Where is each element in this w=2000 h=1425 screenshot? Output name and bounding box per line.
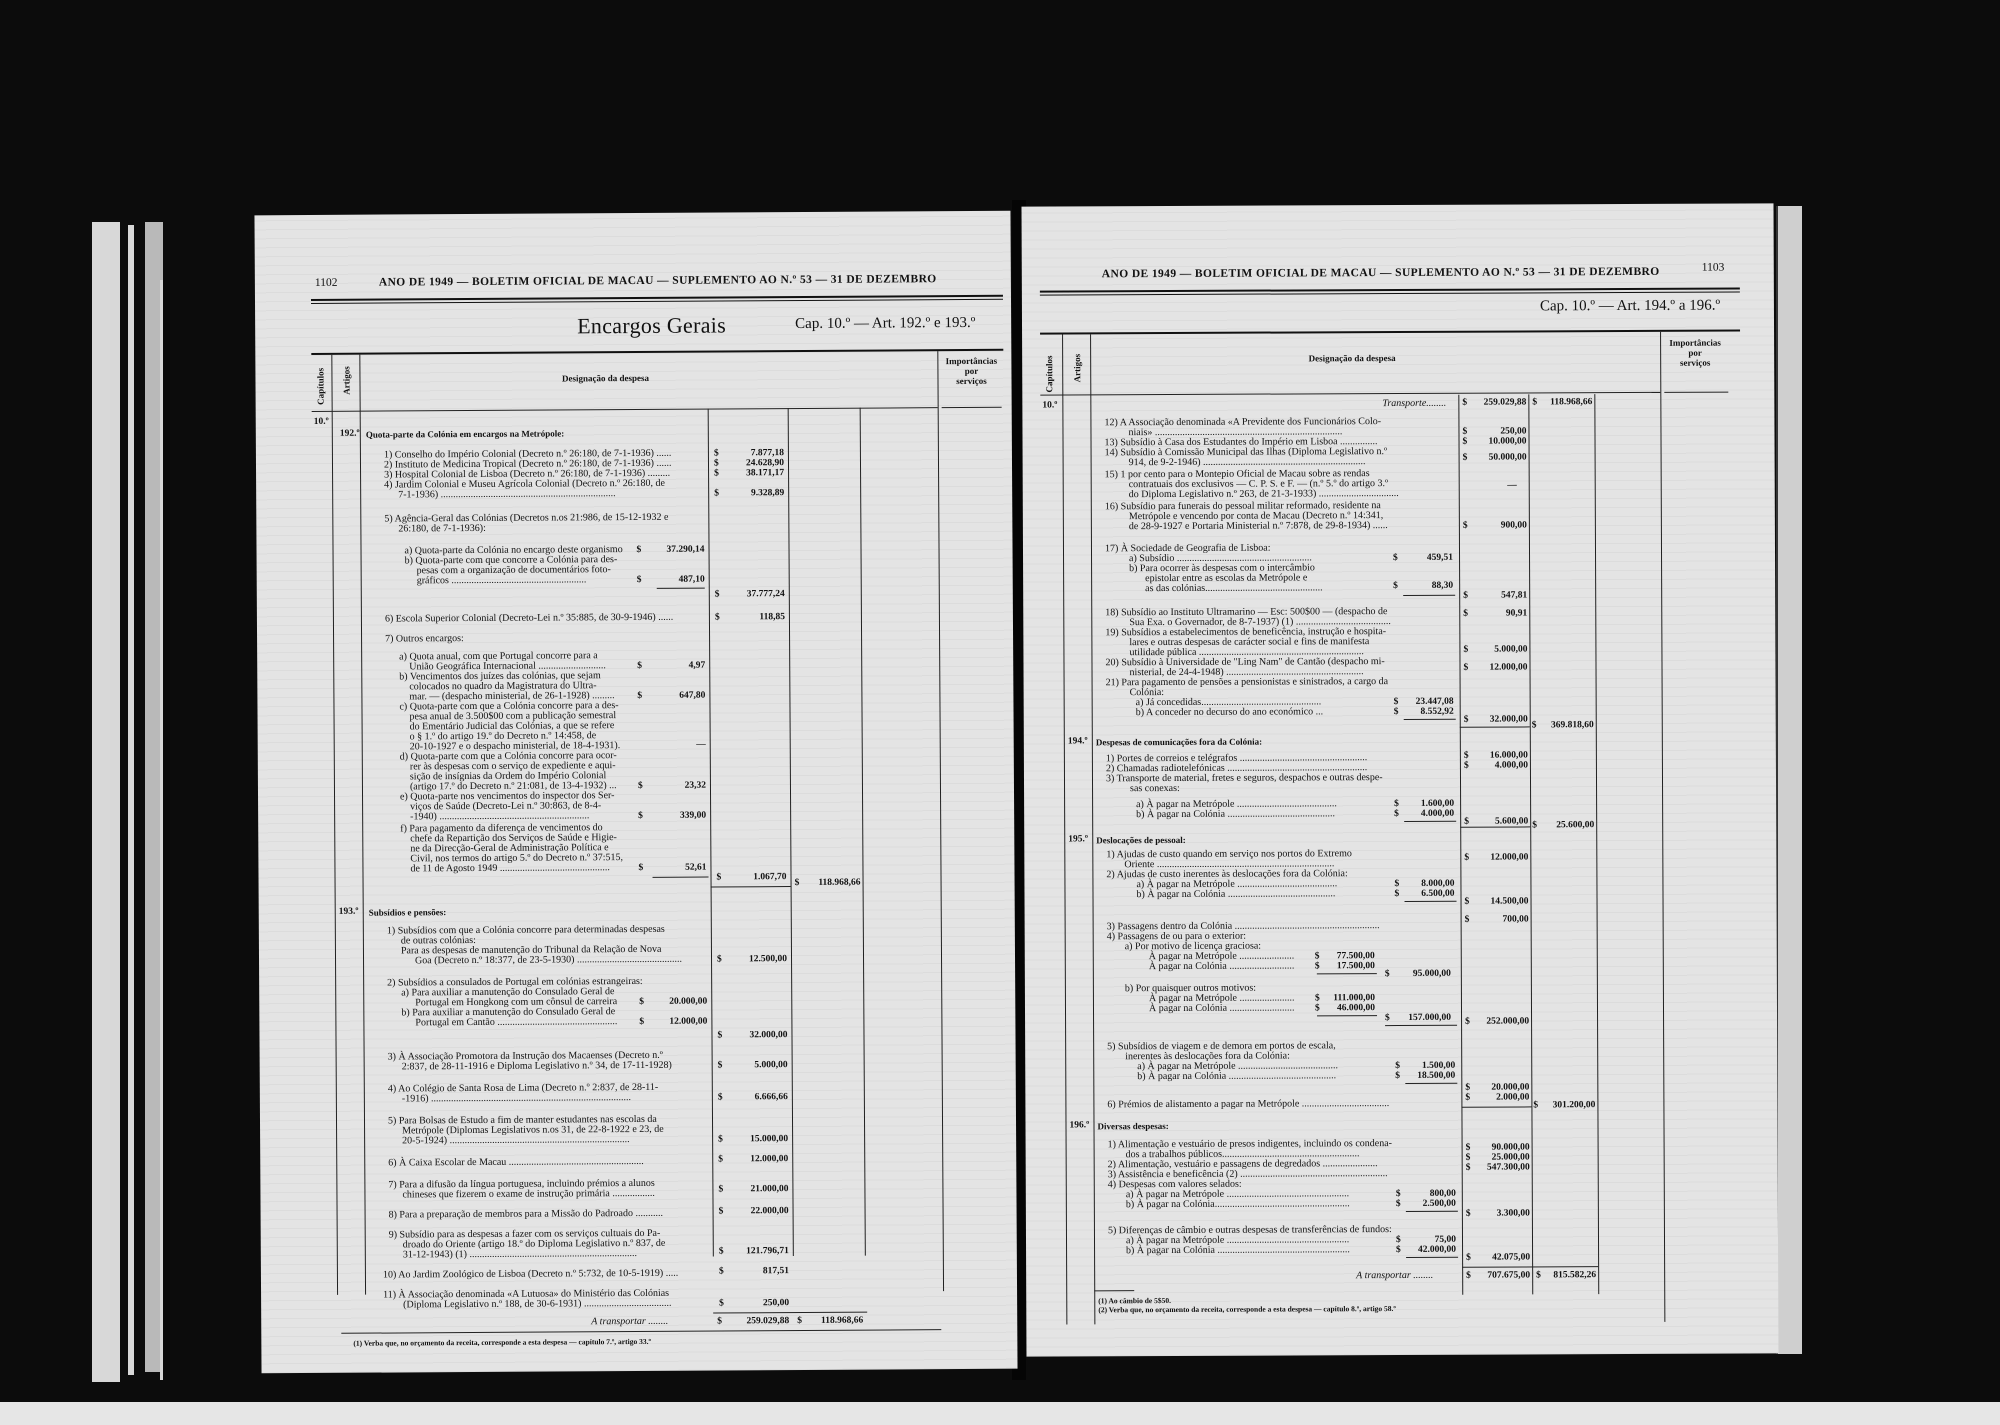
- amount: $22.000,00: [719, 1206, 789, 1216]
- sub-item: b) À pagar na Colónia...................…: [1126, 1199, 1350, 1210]
- amount: $1.600,00: [1394, 799, 1454, 809]
- sub-row: À pagar na Colónia .....................…: [1149, 1003, 1295, 1014]
- chapter-ref: Cap. 10.º — Art. 194.º a 196.º: [1540, 298, 1720, 316]
- carry-forward-amount: $815.582,26: [1536, 1270, 1596, 1280]
- footnote: (1) Ao câmbio de 5$50.: [1098, 1296, 1171, 1305]
- transport-amount: $259.029,88: [1462, 397, 1526, 407]
- amount: $18.500,00: [1395, 1071, 1455, 1081]
- col-capitulos: Capítulos: [315, 368, 325, 405]
- page-title: Encargos Gerais: [577, 312, 726, 339]
- amount: $8.000,00: [1394, 879, 1454, 889]
- amount: $20.000,00: [639, 997, 707, 1007]
- col-artigos: Artigos: [341, 366, 351, 395]
- amount: $77.500,00: [1315, 951, 1375, 961]
- amount: $647,80: [637, 691, 705, 701]
- article-heading: Diversas despesas:: [1097, 1121, 1168, 1131]
- amount: $487,10: [637, 575, 705, 585]
- running-head: ANO DE 1949 — BOLETIM OFICIAL DE MACAU —…: [1102, 266, 1660, 280]
- amount: $12.000,00: [1463, 662, 1527, 672]
- col-designacao: Designação da despesa: [505, 373, 705, 384]
- amount: $75,00: [1396, 1235, 1456, 1245]
- carry-forward-amount: $707.675,00: [1466, 1270, 1530, 1280]
- amount: $32.000,00: [717, 1030, 787, 1040]
- amount: $42.075,00: [1466, 1252, 1530, 1262]
- amount: $2.000,00: [1465, 1092, 1529, 1102]
- amount: $111.000,00: [1315, 993, 1375, 1003]
- chapter-number: 10.º: [314, 417, 329, 427]
- amount: $3.300,00: [1466, 1208, 1530, 1218]
- amount: $700,00: [1465, 914, 1529, 924]
- line-item: 6) À Caixa Escolar de Macau ............…: [388, 1157, 644, 1169]
- book-edge-strip-2: [128, 225, 134, 1375]
- amount: —: [1493, 480, 1517, 490]
- transport-amount: $118.968,66: [1532, 397, 1592, 407]
- left-page: 1102 ANO DE 1949 — BOLETIM OFICIAL DE MA…: [254, 211, 1017, 1374]
- sub-item: b) À pagar na Colónia ..................…: [1137, 1071, 1336, 1082]
- col-capitulos: Capítulos: [1044, 355, 1054, 392]
- amount: $37.777,24: [715, 589, 785, 599]
- amount: $12.000,00: [639, 1017, 707, 1027]
- scan-bottom-strip: [0, 1402, 2000, 1425]
- footnote: (1) Verba que, no orçamento da receita, …: [353, 1337, 651, 1348]
- col-importancias: Importânciasporserviços: [1662, 338, 1728, 368]
- amount: $1.500,00: [1395, 1061, 1455, 1071]
- amount: $52,61: [638, 863, 706, 873]
- amount: $90,91: [1463, 608, 1527, 618]
- amount: $17.500,00: [1315, 961, 1375, 971]
- line-item: 914, de 9-2-1946) ......................…: [1129, 457, 1366, 468]
- amount: $800,00: [1396, 1189, 1456, 1199]
- article-heading: Quota-parte da Colónia em encargos na Me…: [366, 428, 565, 439]
- book-edge-strip-4: [160, 280, 163, 1380]
- amount: $14.500,00: [1465, 896, 1529, 906]
- article-number: 196.º: [1069, 1120, 1089, 1130]
- amount: $5.600,00: [1464, 816, 1528, 826]
- col-importancias: Importânciasporserviços: [939, 356, 1003, 386]
- article-total: $25.600,00: [1532, 820, 1594, 830]
- amount: $95.000,00: [1385, 969, 1451, 979]
- amount: $21.000,00: [718, 1184, 788, 1194]
- header-rule: [1040, 288, 1740, 296]
- sub-item: b) À pagar na Colónia ..................…: [1126, 1245, 1350, 1256]
- line-item: 26:180, de 7-1-1936):: [398, 524, 486, 535]
- article-number: 194.º: [1068, 736, 1088, 746]
- sub-item: gráficos ...............................…: [417, 575, 587, 586]
- amount: $121.796,71: [719, 1246, 789, 1256]
- amount: $20.000,00: [1465, 1082, 1529, 1092]
- table-top-rule: [1040, 330, 1740, 335]
- amount: $6.500,00: [1394, 889, 1454, 899]
- amount: $547,81: [1463, 590, 1527, 600]
- right-page-edge: [1776, 206, 1802, 1354]
- amount: $252.000,00: [1465, 1016, 1529, 1026]
- sub-item: as das colónias.........................…: [1145, 583, 1323, 594]
- amount: $2.500,00: [1396, 1199, 1456, 1209]
- amount: $23.447,08: [1394, 697, 1454, 707]
- sub-item: b) À pagar na Colónia ..................…: [1136, 809, 1335, 820]
- right-page: ANO DE 1949 — BOLETIM OFICIAL DE MACAU —…: [1021, 203, 1778, 1356]
- amount: $38.171,17: [714, 468, 784, 478]
- amount: $50.000,00: [1463, 452, 1527, 462]
- amount: $339,00: [638, 811, 706, 821]
- line-item: 6) Escola Superior Colonial (Decreto-Lei…: [385, 613, 673, 625]
- sub-item: b) A conceder no decurso do ano económic…: [1136, 707, 1323, 718]
- carry-forward-label: A transportar ........: [1356, 1271, 1433, 1282]
- amount: $5.000,00: [718, 1060, 788, 1070]
- amount: $250,00: [1462, 426, 1526, 436]
- article-number: 193.º: [339, 907, 359, 917]
- amount: $4.000,00: [1394, 809, 1454, 819]
- line-item: Goa (Decreto n.º 18:377, de 23-5-1930) .…: [415, 955, 682, 967]
- sub-item: de 11 de Agosto 1949 ...................…: [410, 863, 609, 875]
- running-head: ANO DE 1949 — BOLETIM OFICIAL DE MACAU —…: [379, 273, 937, 288]
- article-heading: Subsídios e pensões:: [369, 907, 447, 917]
- line-item: -1916) .................................…: [402, 1093, 631, 1105]
- line-item: 7-1-1936) ..............................…: [398, 489, 616, 501]
- article-number: 192.º: [340, 429, 360, 439]
- transport-label: Transporte........: [1382, 399, 1446, 410]
- article-total: $118.968,66: [795, 878, 861, 888]
- line-item: (Diploma Legislativo n.º 188, de 30-6-19…: [403, 1299, 671, 1311]
- article-heading: Despesas de comunicações fora da Colónia…: [1096, 737, 1262, 748]
- line-item: 2:837, de 28-11-1916 e Diploma Legislati…: [402, 1061, 672, 1073]
- amount: $25.000,00: [1466, 1152, 1530, 1162]
- page-number: 1103: [1702, 262, 1725, 274]
- article-total: $369.818,60: [1532, 720, 1594, 730]
- amount: $4,97: [637, 661, 705, 671]
- line-item: 10) Ao Jardim Zoológico de Lisboa (Decre…: [383, 1269, 678, 1281]
- amount: $32.000,00: [1464, 714, 1528, 724]
- amount: $8.552,92: [1394, 707, 1454, 717]
- amount: $459,51: [1393, 553, 1453, 563]
- amount: $1.067,70: [716, 872, 786, 882]
- article-heading: Deslocações de pessoal:: [1096, 835, 1186, 845]
- amount: $547.300,00: [1466, 1162, 1530, 1172]
- amount: $9.328,89: [714, 488, 784, 498]
- line-item: 31-12-1943) (1) ........................…: [403, 1249, 637, 1261]
- article-total: $301.200,00: [1533, 1100, 1595, 1110]
- amount: $12.000,00: [1464, 852, 1528, 862]
- amount: $15.000,00: [718, 1134, 788, 1144]
- sub-item: b) À pagar na Colónia ..................…: [1136, 889, 1335, 900]
- line-item: 20-5-1924) .............................…: [402, 1135, 630, 1147]
- amount: $23,32: [638, 781, 706, 791]
- carry-forward-amount: $118.968,66: [797, 1316, 863, 1326]
- sub-row: À pagar na Colónia .....................…: [1149, 961, 1295, 972]
- sub-item: -1940) .................................…: [410, 811, 589, 823]
- amount: $900,00: [1463, 520, 1527, 530]
- col-designacao: Designação da despesa: [1252, 353, 1452, 364]
- amount: $12.500,00: [717, 954, 787, 964]
- amount: $46.000,00: [1315, 1003, 1375, 1013]
- amount: $4.000,00: [1464, 760, 1528, 770]
- amount: $5.000,00: [1463, 644, 1527, 654]
- line-item: sas conexas:: [1130, 784, 1180, 795]
- amount: $37.290,14: [636, 545, 704, 555]
- book-edge-strip-1: [92, 222, 120, 1382]
- amount: $12.000,00: [718, 1154, 788, 1164]
- sub-item: Portugal em Cantão .....................…: [415, 1017, 617, 1029]
- amount: $7.877,18: [714, 448, 784, 458]
- amount: $42.000,00: [1396, 1245, 1456, 1255]
- table-top-rule: [311, 349, 1003, 355]
- line-item: 7) Outros encargos:: [385, 634, 464, 645]
- amount: $10.000,00: [1463, 436, 1527, 446]
- carry-forward-label: A transportar ........: [591, 1317, 668, 1328]
- line-item: 6) Prémios de alistamento a pagar na Met…: [1107, 1099, 1389, 1111]
- line-item: chineses que fizerem o exame de instruçã…: [402, 1189, 654, 1201]
- carry-forward-amount: $259.029,88: [717, 1316, 789, 1326]
- footnote: (2) Verba que, no orçamento da receita, …: [1098, 1304, 1396, 1314]
- amount: $250,00: [719, 1298, 789, 1308]
- amount: $118,85: [715, 612, 785, 622]
- page-number: 1102: [315, 277, 338, 289]
- chapter-ref: Cap. 10.º — Art. 192.º e 193.º: [795, 315, 975, 333]
- amount: $90.000,00: [1466, 1142, 1530, 1152]
- line-item: 8) Para a preparação de membros para a M…: [389, 1209, 663, 1221]
- amount: $157.000,00: [1385, 1013, 1451, 1023]
- amount: $24.628,90: [714, 458, 784, 468]
- amount: —: [658, 740, 706, 750]
- chapter-number: 10.º: [1042, 400, 1057, 410]
- line-item: de 28-9-1927 e Portaria Ministerial n.º …: [1129, 521, 1388, 533]
- line-item: do Diploma Legislativo n.º 263, de 21-3-…: [1129, 489, 1399, 501]
- amount: $817,51: [719, 1266, 789, 1276]
- amount: $16.000,00: [1464, 750, 1528, 760]
- amount: $6.666,66: [718, 1092, 788, 1102]
- article-number: 195.º: [1068, 834, 1088, 844]
- amount: $88,30: [1393, 581, 1453, 591]
- header-rule: [311, 295, 1003, 304]
- col-artigos: Artigos: [1072, 354, 1082, 383]
